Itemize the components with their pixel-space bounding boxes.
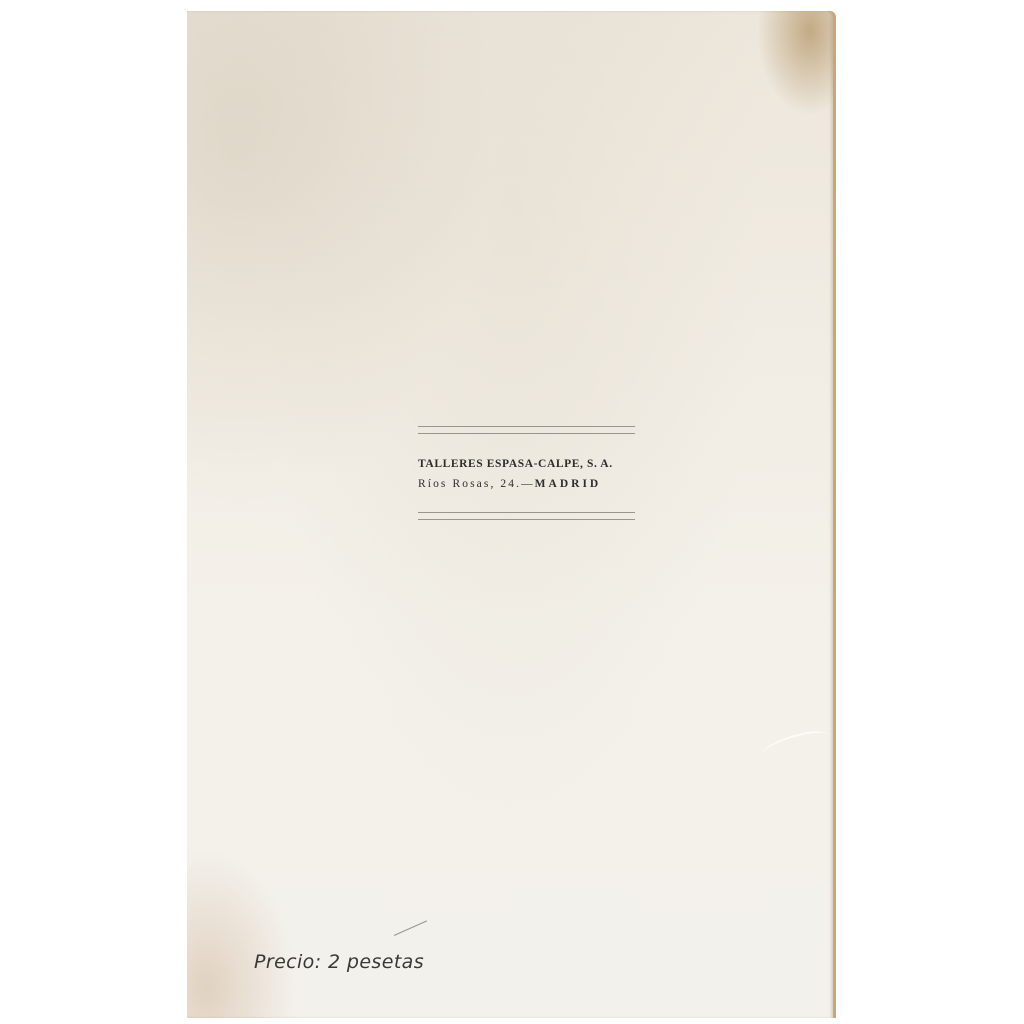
top-rule-1 xyxy=(418,426,635,427)
imprint-text: TALLERES ESPASA-CALPE, S. A. Ríos Rosas,… xyxy=(418,454,635,494)
address-street: Ríos Rosas, 24.— xyxy=(418,478,535,490)
address-city: MADRID xyxy=(535,478,602,490)
bottom-rule-1 xyxy=(418,512,635,513)
printer-imprint: TALLERES ESPASA-CALPE, S. A. Ríos Rosas,… xyxy=(418,426,635,520)
price-label: Precio: 2 pesetas xyxy=(254,951,424,973)
bottom-rule-2 xyxy=(418,519,635,520)
top-rule-2 xyxy=(418,433,635,434)
publisher-line: TALLERES ESPASA-CALPE, S. A. xyxy=(418,454,635,474)
address-line: Ríos Rosas, 24.—MADRID xyxy=(418,474,635,494)
